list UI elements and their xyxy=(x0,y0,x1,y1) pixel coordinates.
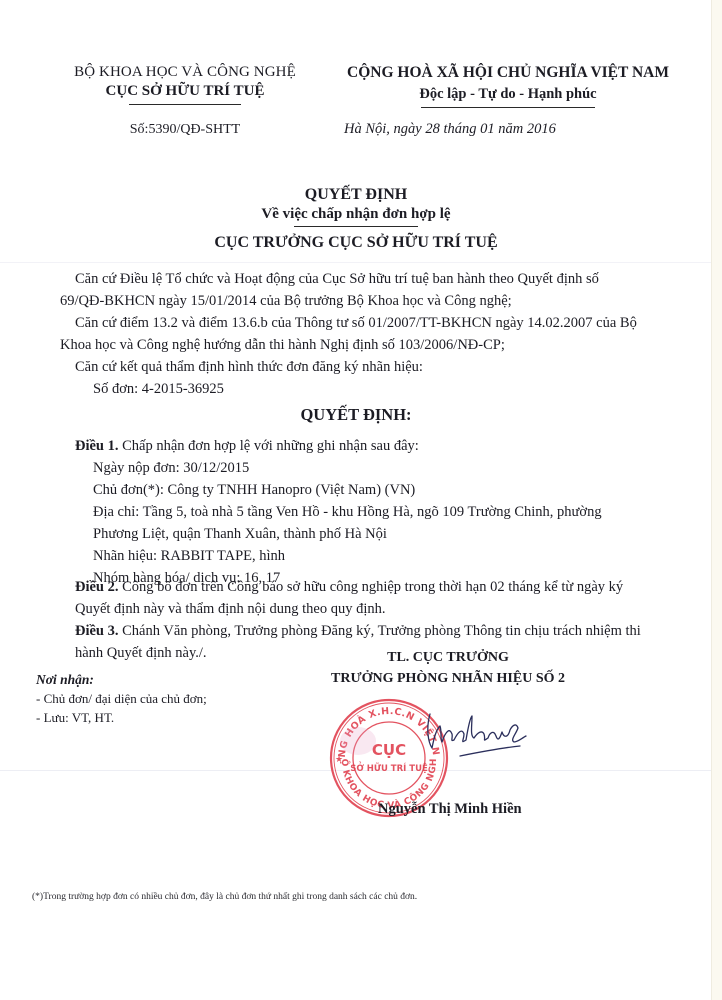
agency-name: CỤC SỞ HỮU TRÍ TUỆ xyxy=(50,83,320,100)
legal-basis-1-line-1: Căn cứ Điều lệ Tổ chức và Hoạt động của … xyxy=(60,268,690,290)
application-number: Số đơn: 4-2015-36925 xyxy=(93,378,224,400)
document-title: QUYẾT ĐỊNH xyxy=(0,186,712,204)
document-number: Số:5390/QĐ-SHTT xyxy=(50,122,320,138)
article-1-label: Điều 1. xyxy=(75,438,119,454)
nation-name: CỘNG HOÀ XÃ HỘI CHỦ NGHĨA VIỆT NAM xyxy=(338,64,678,82)
footnote: (*)Trong trường hợp đơn có nhiều chủ đơn… xyxy=(32,892,417,902)
address-line-2: Phương Liệt, quận Thanh Xuân, thành phố … xyxy=(93,523,602,545)
legal-basis-1: Căn cứ Điều lệ Tổ chức và Hoạt động của … xyxy=(60,268,690,312)
page-edge xyxy=(711,0,722,1000)
title-underline xyxy=(294,226,418,227)
place-and-date: Hà Nội, ngày 28 tháng 01 năm 2016 xyxy=(344,121,556,138)
recipients-block: Nơi nhận: - Chủ đơn/ đại diện của chủ đơ… xyxy=(36,670,207,727)
signing-on-behalf: TL. CỤC TRƯỞNG xyxy=(318,650,578,666)
article-1: Điều 1. Chấp nhận đơn hợp lệ với những g… xyxy=(75,435,419,457)
signature-block: TL. CỤC TRƯỞNG TRƯỞNG PHÒNG NHÃN HIỆU SỐ… xyxy=(318,650,578,687)
scan-artifact xyxy=(0,262,712,263)
article-2-text-line-2: Quyết định này và thẩm định nội dung the… xyxy=(75,598,623,620)
legal-basis-2-line-2: Khoa học và Công nghệ hướng dẫn thi hành… xyxy=(60,334,690,356)
issuing-authority-header: BỘ KHOA HỌC VÀ CÔNG NGHỆ CỤC SỞ HỮU TRÍ … xyxy=(50,64,320,138)
seal-center-line-1: CỤC xyxy=(372,741,406,759)
national-motto: Độc lập - Tự do - Hạnh phúc xyxy=(338,86,678,103)
svg-text:★: ★ xyxy=(335,755,343,765)
document-page: BỘ KHOA HỌC VÀ CÔNG NGHỆ CỤC SỞ HỮU TRÍ … xyxy=(0,0,712,1000)
article-1-details: Ngày nộp đơn: 30/12/2015 Chủ đơn(*): Côn… xyxy=(93,457,602,589)
header-underline xyxy=(129,104,241,105)
signer-name: Nguyễn Thị Minh Hiền xyxy=(378,801,522,818)
decision-heading: QUYẾT ĐỊNH: xyxy=(0,405,712,425)
article-3-text-line-1: Chánh Văn phòng, Trưởng phòng Đăng ký, T… xyxy=(119,623,641,639)
article-1-text: Chấp nhận đơn hợp lệ với những ghi nhận … xyxy=(119,438,419,454)
filing-date: Ngày nộp đơn: 30/12/2015 xyxy=(93,457,602,479)
article-2-label: Điều 2. xyxy=(75,579,119,595)
recipient-item: - Lưu: VT, HT. xyxy=(36,708,207,727)
national-header: CỘNG HOÀ XÃ HỘI CHỦ NGHĨA VIỆT NAM Độc l… xyxy=(338,64,678,108)
legal-basis-3: Căn cứ kết quả thẩm định hình thức đơn đ… xyxy=(75,356,423,378)
document-subject: Về việc chấp nhận đơn hợp lệ xyxy=(0,206,712,223)
motto-underline xyxy=(421,107,595,108)
ministry-name: BỘ KHOA HỌC VÀ CÔNG NGHỆ xyxy=(50,64,320,81)
address-line-1: Địa chỉ: Tầng 5, toà nhà 5 tầng Ven Hồ -… xyxy=(93,501,602,523)
applicant: Chủ đơn(*): Công ty TNHH Hanopro (Việt N… xyxy=(93,479,602,501)
document-title-block: QUYẾT ĐỊNH Về việc chấp nhận đơn hợp lệ … xyxy=(0,186,712,252)
handwritten-signature-icon xyxy=(420,708,530,768)
legal-basis-1-line-2: 69/QĐ-BKHCN ngày 15/01/2014 của Bộ trưởn… xyxy=(60,290,690,312)
article-2-text-line-1: Công bố đơn trên Công báo sở hữu công ng… xyxy=(119,579,624,595)
article-3-label: Điều 3. xyxy=(75,623,119,639)
signer-position: TRƯỞNG PHÒNG NHÃN HIỆU SỐ 2 xyxy=(318,671,578,687)
legal-basis-2-line-1: Căn cứ điểm 13.2 và điểm 13.6.b của Thôn… xyxy=(60,312,690,334)
trademark: Nhãn hiệu: RABBIT TAPE, hình xyxy=(93,545,602,567)
article-2: Điều 2. Công bố đơn trên Công báo sở hữu… xyxy=(75,576,623,620)
recipient-item: - Chủ đơn/ đại diện của chủ đơn; xyxy=(36,689,207,708)
legal-basis-2: Căn cứ điểm 13.2 và điểm 13.6.b của Thôn… xyxy=(60,312,690,356)
seal-center-line-2: SỞ HỮU TRÍ TUỆ xyxy=(350,761,428,774)
issuing-authority-title: CỤC TRƯỞNG CỤC SỞ HỮU TRÍ TUỆ xyxy=(0,234,712,252)
recipients-heading: Nơi nhận: xyxy=(36,670,207,689)
